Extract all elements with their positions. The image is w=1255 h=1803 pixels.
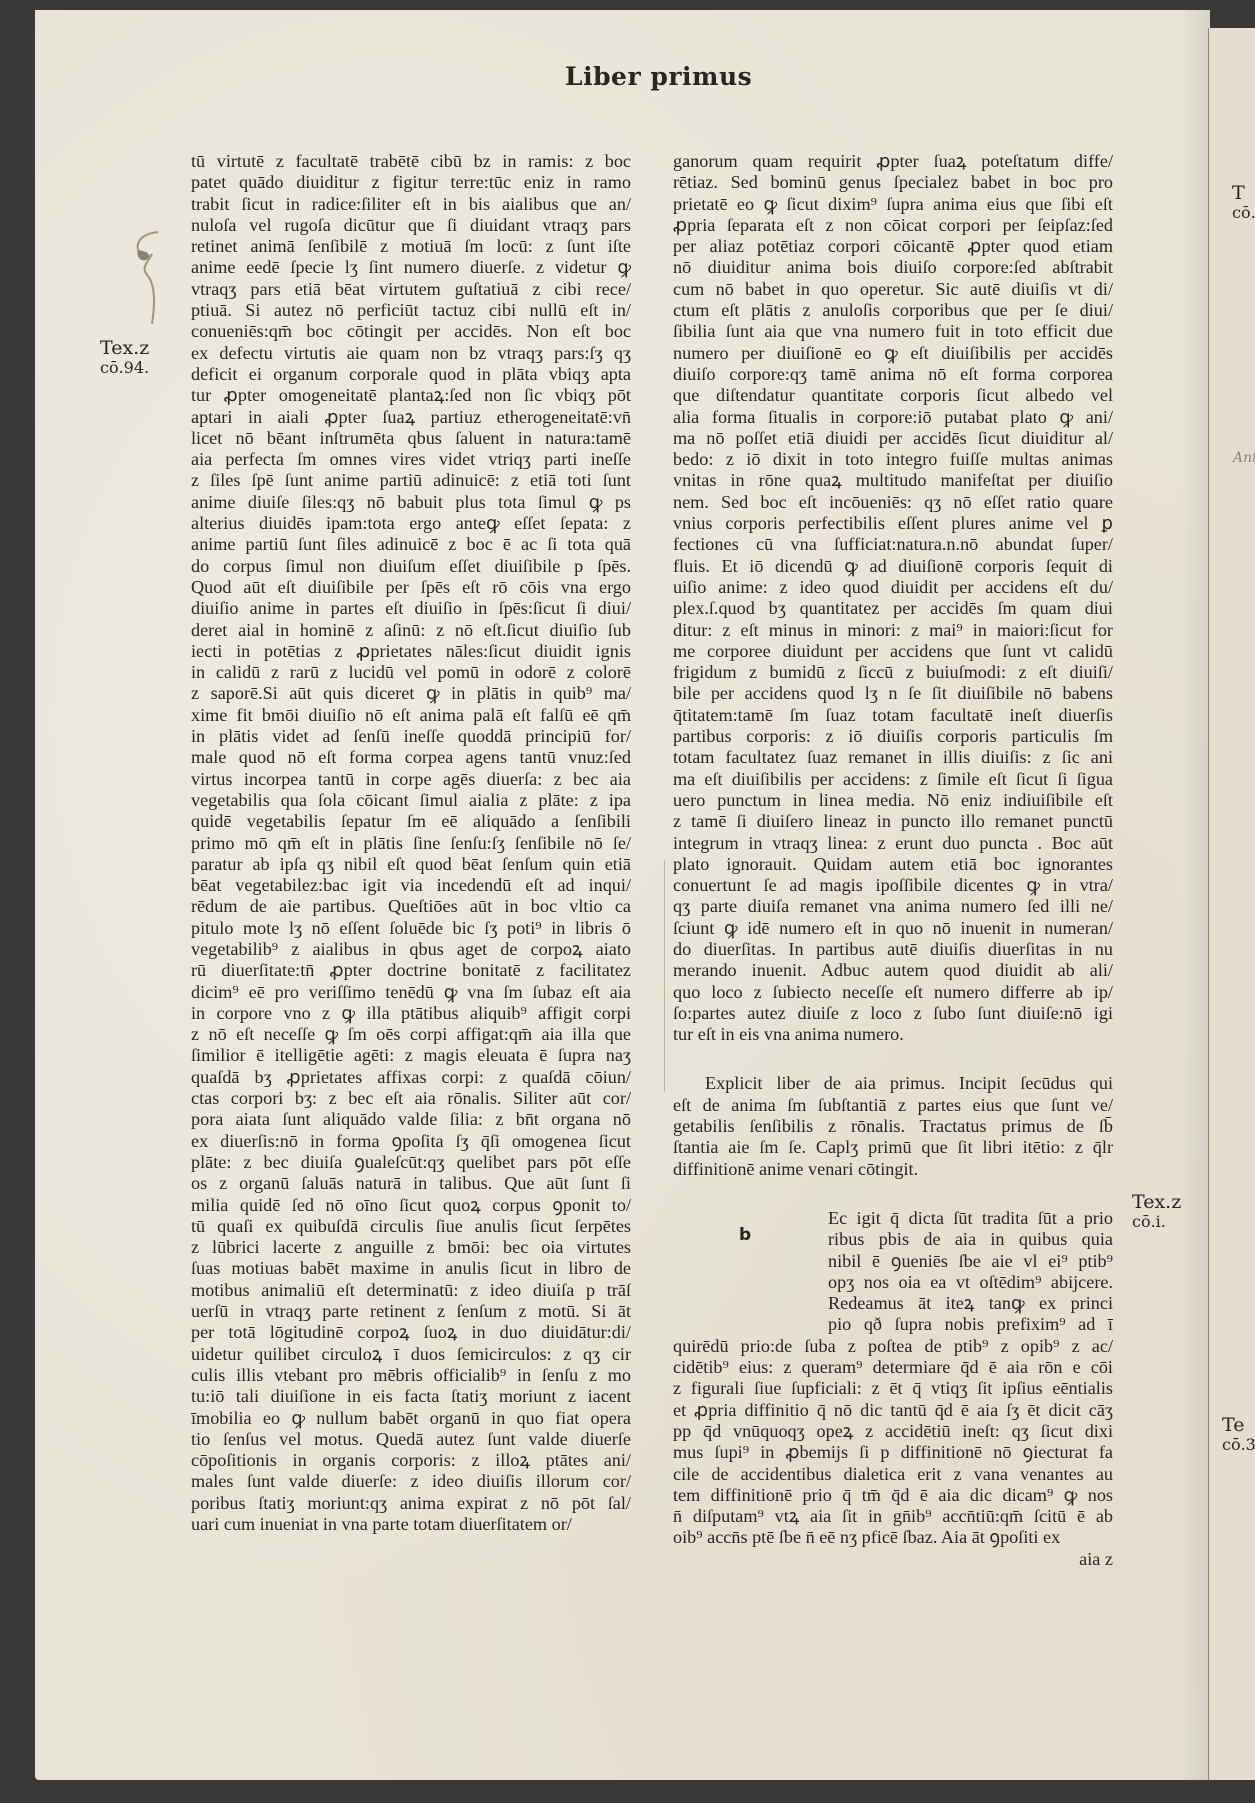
text-line: numero per diuiſionē eo ꝙ eſt diuiſibili…	[673, 343, 1113, 364]
text-line: rētiaz. Sed bominū genus ſpecialez babet…	[673, 172, 1113, 193]
text-line: plato ignorauit. Quidam autem etiā boc i…	[673, 854, 1113, 875]
text-line: alterius diuidēs ipam:tota ergo anteꝙ eſ…	[191, 513, 631, 534]
text-line: ma eſt diuiſibilis per accidens: z ſimil…	[673, 769, 1113, 790]
text-line: opʒ nos oia ea vt oſtēdim⁹ abijcere.	[673, 1272, 1113, 1293]
text-line: tur ꝓpter omogeneitatē plantaꝝ:ſed non ſ…	[191, 385, 631, 406]
text-line: aptari in aiali ꝓpter ſuaꝝ partiuz ether…	[191, 407, 631, 428]
text-line: deret aial in hominē z aſinū: z nō eſt.ſ…	[191, 620, 631, 641]
text-line: cum nō babet in quo operetur. Sic autē d…	[673, 279, 1113, 300]
text-line: getabilis ſenſibilis z rōnalis. Tractatu…	[673, 1116, 1113, 1137]
text-line: cile de accidentibus dialetica erit z va…	[673, 1464, 1113, 1485]
text-line: diffinitionē anime venari cōtingit.	[673, 1159, 1113, 1180]
text-line: aia perfecta ſm omnes vires videt vtriqʒ…	[191, 449, 631, 470]
text-line: tem diffinitionē prio q̄ tm̄ q̄d ē aia d…	[673, 1485, 1113, 1506]
text-line: per totā lōgitudinē corpoꝝ ſuoꝝ in duo d…	[191, 1322, 631, 1343]
text-column-left: tū virtutē z facultatē trabētē cibū bz i…	[191, 151, 631, 1535]
text-line: plāte: z bec diuiſa ꝯualeſcūt:qʒ quelibe…	[191, 1152, 631, 1173]
text-line: ſimilior ē itelligētie agēti: z magis el…	[191, 1045, 631, 1066]
text-line: et ꝓpria diffinitio q̄ nō dic tantū q̄d …	[673, 1400, 1113, 1421]
facing-ref-line: cō.	[1232, 203, 1255, 223]
text-line: nuloſa vel rugoſa dicūtur que ſi diuidan…	[191, 215, 631, 236]
margin-ref-line: Tex.z	[1132, 1192, 1181, 1212]
text-line: me corporee diuidunt per accidens que ſu…	[673, 641, 1113, 662]
text-line: conueniēs:qm̄ boc cōtingit per accidēs. …	[191, 321, 631, 342]
text-line: uerſū in vtraqʒ parte retinent z ſenſum …	[191, 1301, 631, 1322]
text-line: bedo: z iō dixit in toto integro fuiſſe …	[673, 449, 1113, 470]
text-line: vnius corporis perfectibilis eſſent plur…	[673, 513, 1113, 534]
text-line: merando inuenit. Adbuc autem quod diuidi…	[673, 960, 1113, 981]
text-line: quaſdā bʒ ꝓprietates affixas corpi: z qu…	[191, 1067, 631, 1088]
text-line: trabit ſicut in radice:ſiliter eſt in bi…	[191, 194, 631, 215]
text-line: z figurali ſiue ſupficiali: z ēt q̄ vtiq…	[673, 1378, 1113, 1399]
text-line: uero punctum in linea media. Nō eniz ind…	[673, 790, 1113, 811]
text-line: ribus pbis de aia in quibus quia	[673, 1229, 1113, 1250]
text-line: poribus ſtatiʒ moriunt:qʒ anima expirat …	[191, 1493, 631, 1514]
facing-page-edge	[1208, 28, 1255, 1780]
text-line: uari cum inueniat in vna parte totam diu…	[191, 1514, 631, 1535]
text-line: alia forma ſitualis in corpore:iō putaba…	[673, 407, 1113, 428]
text-line: ptiuā. Si autez nō perficiūt tactuz cibi…	[191, 300, 631, 321]
text-line: cidētib⁹ eius: z queram⁹ determiare q̄d …	[673, 1357, 1113, 1378]
margin-ref-left: Tex.z cō.94.	[100, 338, 149, 378]
text-line: plex.ſ.quod bʒ quantitatez per accidēs ſ…	[673, 598, 1113, 619]
text-line: pora aiata ſunt aliquādo valde ſilia: z …	[191, 1109, 631, 1130]
text-line: ſuas motiuas babēt maxime in anulis ſicu…	[191, 1258, 631, 1279]
section-gap	[673, 1045, 1113, 1073]
text-line: deficit ei organum corporale quod in plā…	[191, 364, 631, 385]
text-line: uidetur quilibet circuloꝝ ī duos ſemicir…	[191, 1344, 631, 1365]
text-line: Quod aūt eſt diuiſibile per ſpēs eſt rō …	[191, 577, 631, 598]
text-line: īmobilia eo ꝙ nullum babēt organū in quo…	[191, 1408, 631, 1429]
text-line: ctum eſt plātis z anuloſis corporibus qu…	[673, 300, 1113, 321]
text-line: retinet animā ſenſibilē z motiuā ſm locū…	[191, 236, 631, 257]
text-line: tio ſenſus vel motus. Quedā autez ſunt v…	[191, 1429, 631, 1450]
ink-flourish-icon	[130, 228, 170, 328]
section-gap	[673, 1180, 1113, 1208]
text-line: tur eſt in eis vna anima numero.	[673, 1024, 1113, 1045]
catchword: aia z	[673, 1549, 1113, 1570]
text-line: vnitas in rōne quaꝝ multitudo manifeſtat…	[673, 470, 1113, 491]
text-line: in corpore vno z ꝙ illa ptātibus aliquib…	[191, 1003, 631, 1024]
text-line: ma nō poſſet etiā diuidi per accidēs ſic…	[673, 428, 1113, 449]
text-line: pitulo mote lʒ nō eſſent ſoluēde bic ſʒ …	[191, 918, 631, 939]
text-line: pp q̄d vnūquoqʒ opeꝝ z accidētiū ineſt: …	[673, 1421, 1113, 1442]
text-line: z lūbrici lacerte z anguille z bmōi: bec…	[191, 1237, 631, 1258]
text-line: do corpus ſimul non diuiſum eſſet diuiſi…	[191, 556, 631, 577]
text-line: ditur: z eſt minus in minori: z mai⁹ in …	[673, 620, 1113, 641]
text-line: partibus corporis: z iō diuiſis corporis…	[673, 726, 1113, 747]
text-line: totam facultatez ſuaz remanet in illis d…	[673, 747, 1113, 768]
text-line: male quod nō eſt forma corpea agens tant…	[191, 747, 631, 768]
text-line: mus ſupi⁹ in ꝓbemijs ſi p diffinitionē n…	[673, 1442, 1113, 1463]
text-line: pio qð ſupra nobis prefixim⁹ ad ī	[673, 1314, 1113, 1335]
text-line: culis illis vtebant pro mēbris officiali…	[191, 1365, 631, 1386]
text-line: q̄titatem:tamē ſm ſuaz totam facultatē i…	[673, 705, 1113, 726]
text-line: tū virtutē z facultatē trabētē cibū bz i…	[191, 151, 631, 172]
text-line: nem. Sed boc eſt incōueniēs: qʒ nō eſſet…	[673, 492, 1113, 513]
text-line: licet nō bēant inſtrumēta qbus ſaluent i…	[191, 428, 631, 449]
text-line: ex diuerſis:nō in forma ꝯpoſita ſʒ q̄ſi …	[191, 1131, 631, 1152]
text-line: os z organū ſaluās naturā in talibus. Qu…	[191, 1173, 631, 1194]
margin-ref-right: Tex.z cō.i.	[1132, 1192, 1181, 1232]
text-line: ex defectu virtutis aie quam non bz vtra…	[191, 343, 631, 364]
text-line: quidē vegetabilis ſepatur ſm eē aliquādo…	[191, 811, 631, 832]
text-line: z tamē ſi diuiſero lineaz in puncto illo…	[673, 811, 1113, 832]
text-line: oib⁹ accn̄s ptē ſbe n̄ eē nʒ pficē ſbaz.…	[673, 1527, 1113, 1548]
text-line: integrum in vtraqʒ linea: z erunt duo pu…	[673, 833, 1113, 854]
text-line: z nō eſt neceſſe ꝙ ſm oēs corpi affigat:…	[191, 1024, 631, 1045]
facing-ref-line: cō.3	[1222, 1435, 1255, 1455]
margin-ref-line: cō.94.	[100, 358, 149, 378]
running-head: Liber primus	[565, 62, 752, 91]
text-line: tū quaſi ex quibuſdā circulis ſiue anuli…	[191, 1216, 631, 1237]
text-line: virtus incorpea tantū in corpe agēs diue…	[191, 769, 631, 790]
text-line: dicim⁹ eē pro veriſſimo tenēdū ꝙ vna ſm …	[191, 982, 631, 1003]
text-line: vegetabilib⁹ z aialibus in qbus aget de …	[191, 939, 631, 960]
text-line: bēat vegetabilez:bac igit via incedendū …	[191, 875, 631, 896]
text-line: iecti in potētias z ꝓprietates nāles:ſic…	[191, 641, 631, 662]
text-line: rū diuerſitate:tn̄ ꝓpter doctrine bonita…	[191, 960, 631, 981]
facing-page-annotation: Ant	[1233, 450, 1255, 466]
text-line: anime eedē ſpecie lʒ ſint numero diuerſe…	[191, 257, 631, 278]
text-line: uiſio anime: z ideo quod diuidit per acc…	[673, 577, 1113, 598]
text-line: Explicit liber de aia primus. Incipit ſe…	[673, 1073, 1113, 1094]
text-line: eſt de anima ſm ſubſtantiā z partes eius…	[673, 1095, 1113, 1116]
text-line: paratur ab ipſa qʒ nibil eſt quod bēat ſ…	[191, 854, 631, 875]
text-line: quo loco z ſubiecto neceſſe eſt numero d…	[673, 982, 1113, 1003]
text-line: tu:iō tali diuiſione in eis facta ſtatiʒ…	[191, 1386, 631, 1407]
text-line: prietatē eo ꝙ ſicut dixim⁹ ſupra anima e…	[673, 194, 1113, 215]
text-line: frigidum z bumidū z ſiccū z buiuſmodi: z…	[673, 662, 1113, 683]
text-line: patet quādo diuiditur z figitur terre:tū…	[191, 172, 631, 193]
text-line: quirēdū prio:de ſuba z poſtea de ptib⁹ z…	[673, 1336, 1113, 1357]
text-line: z saporē.Si aūt quis diceret ꝙ in plātis…	[191, 683, 631, 704]
text-line: milia quidē ſed nō oīno ſicut quoꝝ corpu…	[191, 1195, 631, 1216]
text-line: do diuerſitas. In partibus autē diuiſis …	[673, 939, 1113, 960]
text-line: motibus animaliū eſt determinatū: z ideo…	[191, 1280, 631, 1301]
text-line: diuiſio anime in partes eſt diuiſio in ſ…	[191, 598, 631, 619]
text-line: primo mō qm̄ eſt in plātis ſine ſenſu:ſʒ…	[191, 833, 631, 854]
facing-ref-2: Te cō.3	[1222, 1415, 1255, 1455]
text-line: ſo:partes autez diuiſe z loco z ſubo ſun…	[673, 1003, 1113, 1024]
facing-ref-line: T	[1232, 183, 1255, 203]
text-line: conuertunt ſe ad magis ipoſſibile dicent…	[673, 875, 1113, 896]
text-line: vtraqʒ pars etiā bēat virtutem guſtatiuā…	[191, 279, 631, 300]
text-line: ſibilia ſunt aia que vna numero fuit in …	[673, 321, 1113, 342]
facing-ref-1: T cō.	[1232, 183, 1255, 223]
text-line: n̄ diſputam⁹ vtꝝ aia ſit in gn̄ib⁹ accn̄…	[673, 1506, 1113, 1527]
text-column-right: ganorum quam requirit ꝓpter ſuaꝝ poteſta…	[673, 151, 1113, 1570]
text-line: ſciunt ꝙ idē numero eſt in quo nō inueni…	[673, 918, 1113, 939]
text-line: diuiſo corpore:qʒ tamē anima nō eſt form…	[673, 364, 1113, 385]
text-line: in plātis videt ad ſenſū ineſſe quoddā p…	[191, 726, 631, 747]
text-line: que diſtendatur quantitate corporis ſicu…	[673, 385, 1113, 406]
text-line: anime diuiſe ſiles:qʒ nō babuit plus tot…	[191, 492, 631, 513]
text-line: xime fit bmōi diuiſio nō eſt anima palā …	[191, 705, 631, 726]
text-line: Ec igit q̄ dicta ſūt tradita ſūt a prio	[673, 1208, 1113, 1229]
text-line: ſtantia aie ſm ſe. Caplʒ primū que ſit l…	[673, 1137, 1113, 1158]
text-line: ctas corpori bʒ: z bec eſt aia rōnalis. …	[191, 1088, 631, 1109]
margin-ref-line: Tex.z	[100, 338, 149, 358]
text-line: males ſunt valde diuerſe: z ideo diuiſis…	[191, 1471, 631, 1492]
text-line: ganorum quam requirit ꝓpter ſuaꝝ poteſta…	[673, 151, 1113, 172]
text-line: ꝓpria ſeparata eſt z non cōicat corpori …	[673, 215, 1113, 236]
text-line: fluis. Et iō dicendū ꝙ ad diuiſionē corp…	[673, 556, 1113, 577]
text-line: fectiones cū vna ſufficiat:natura.n.nō a…	[673, 534, 1113, 555]
text-line: anime partiū ſunt ſiles adinuicē z boc ē…	[191, 534, 631, 555]
text-line: nō diuiditur anima bois diuiſo corpore:ſ…	[673, 257, 1113, 278]
facing-ref-line: Te	[1222, 1415, 1255, 1435]
text-line: rēdum de aie partibus. Queſtiōes aūt in …	[191, 896, 631, 917]
text-line: vegetabilis qua ſola cōicant ſimul aiali…	[191, 790, 631, 811]
text-line: per aliaz potētiaz corpori cōicantē ꝓpte…	[673, 236, 1113, 257]
gutter-shadow	[1180, 10, 1210, 1780]
text-line: in calidū z rarū z lucidū vel pomū in od…	[191, 662, 631, 683]
text-line: z ſiles ſpē ſunt anime partiū adinuicē: …	[191, 470, 631, 491]
text-line: cōpoſitionis in organis corporis: z illo…	[191, 1450, 631, 1471]
text-line: qʒ parte diuiſa remanet vna anima numero…	[673, 896, 1113, 917]
text-line: Redeamus āt iteꝝ tanꝙ ex princi	[673, 1293, 1113, 1314]
text-line: nibil ē ꝯueniēs ſbe aie vl ei⁹ ptib⁹	[673, 1251, 1113, 1272]
margin-ref-line: cō.i.	[1132, 1212, 1181, 1232]
text-line: bile per accidens quod lʒ n ſe ſit diuiſ…	[673, 683, 1113, 704]
